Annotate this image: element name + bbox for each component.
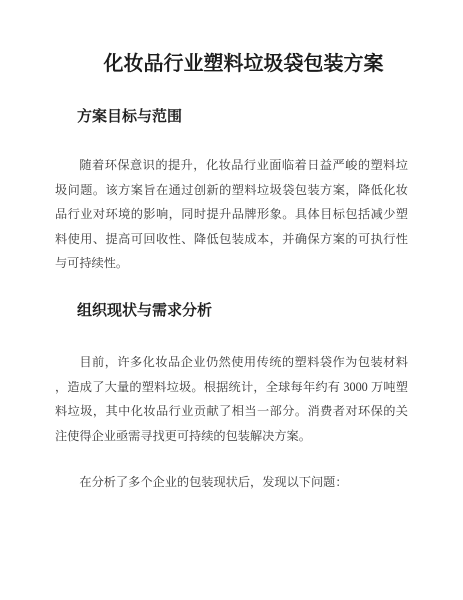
section-heading-goals-scope: 方案目标与范围	[77, 108, 408, 126]
document-page: 化妆品行业塑料垃圾袋包装方案 方案目标与范围 随着环保意识的提升，化妆品行业面临…	[0, 0, 463, 600]
paragraph-current-status: 目前，许多化妆品企业仍然使用传统的塑料袋作为包装材料，造成了大量的塑料垃圾。根据…	[55, 350, 408, 448]
section-heading-status-analysis: 组织现状与需求分析	[77, 302, 408, 320]
document-title: 化妆品行业塑料垃圾袋包装方案	[55, 52, 408, 76]
paragraph-findings-intro: 在分析了多个企业的包装现状后，发现以下问题：	[55, 470, 408, 495]
paragraph-goals-scope: 随着环保意识的提升，化妆品行业面临着日益严峻的塑料垃圾问题。该方案旨在通过创新的…	[55, 153, 408, 276]
